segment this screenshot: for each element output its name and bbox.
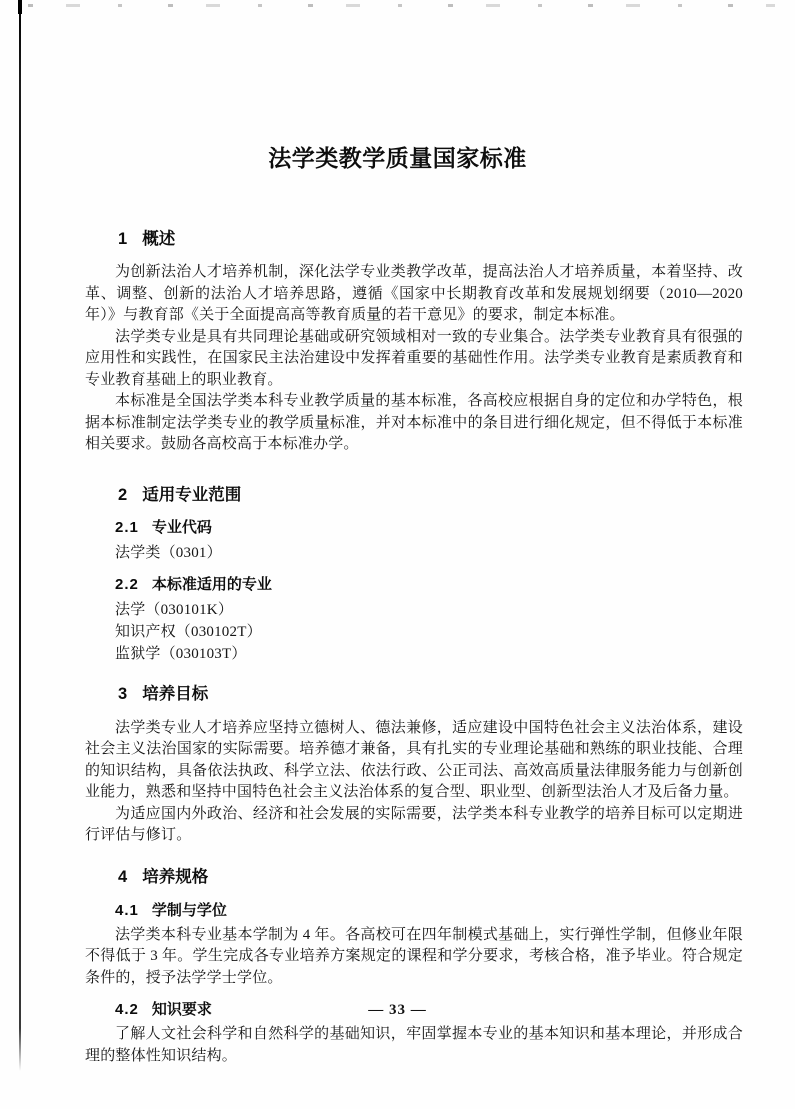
section-title: 适用专业范围 — [142, 486, 241, 504]
subsection-number: 2.2 — [115, 576, 139, 593]
subsection-heading-duration-degree: 4.1学制与学位 — [85, 899, 743, 920]
section-number: 4 — [118, 868, 127, 886]
subsection-heading-major-code: 2.1专业代码 — [85, 516, 743, 537]
paragraph: 为创新法治人才培养机制，深化法学专业类教学改革，提高法治人才培养质量，本着坚持、… — [85, 262, 743, 327]
paragraph: 法学类专业人才培养应坚持立德树人、德法兼修，适应建设中国特色社会主义法治体系，建… — [85, 718, 743, 804]
section-number: 1 — [118, 230, 127, 248]
subsection-number: 4.1 — [115, 902, 139, 919]
section-heading-scope: 2适用专业范围 — [85, 481, 743, 505]
list-item: 法学类（0301） — [85, 542, 743, 564]
scan-artifact-left-line — [19, 0, 21, 1071]
section-heading-overview: 1概述 — [85, 225, 743, 249]
section-number: 3 — [118, 685, 127, 703]
paragraph: 本标准是全国法学类本科专业教学质量的基本标准，各高校应根据自身的定位和办学特色，… — [85, 391, 743, 456]
scan-artifact-top-speckles — [28, 4, 775, 7]
section-heading-training-specs: 4培养规格 — [85, 863, 743, 887]
section-title: 培养目标 — [142, 685, 208, 703]
subsection-title: 学制与学位 — [152, 902, 227, 919]
paragraph: 了解人文社会科学和自然科学的基础知识，牢固掌握本专业的基本知识和基本理论，并形成… — [85, 1024, 743, 1067]
list-item: 监狱学（030103T） — [85, 643, 743, 665]
paragraph: 为适应国内外政治、经济和社会发展的实际需要，法学类本科专业教学的培养目标可以定期… — [85, 804, 743, 847]
subsection-number: 2.1 — [115, 519, 139, 536]
section-title: 培养规格 — [142, 868, 208, 886]
document-body: 1概述 为创新法治人才培养机制，深化法学专业类教学改革，提高法治人才培养质量，本… — [85, 225, 743, 1067]
subsection-title: 本标准适用的专业 — [152, 576, 272, 593]
section-number: 2 — [118, 486, 127, 504]
paragraph: 法学类本科专业基本学制为 4 年。各高校可在四年制模式基础上，实行弹性学制，但修… — [85, 925, 743, 990]
section-title: 概述 — [142, 230, 175, 248]
subsection-title: 专业代码 — [152, 519, 212, 536]
document-title: 法学类教学质量国家标准 — [0, 0, 795, 173]
list-item: 法学（030101K） — [85, 599, 743, 621]
section-heading-training-goals: 3培养目标 — [85, 680, 743, 704]
paragraph: 法学类专业是具有共同理论基础或研究领域相对一致的专业集合。法学类专业教育具有很强… — [85, 327, 743, 392]
page-number: — 33 — — [0, 1002, 795, 1019]
subsection-heading-applicable-majors: 2.2本标准适用的专业 — [85, 573, 743, 594]
document-page: 法学类教学质量国家标准 1概述 为创新法治人才培养机制，深化法学专业类教学改革，… — [0, 0, 795, 1109]
list-item: 知识产权（030102T） — [85, 621, 743, 643]
